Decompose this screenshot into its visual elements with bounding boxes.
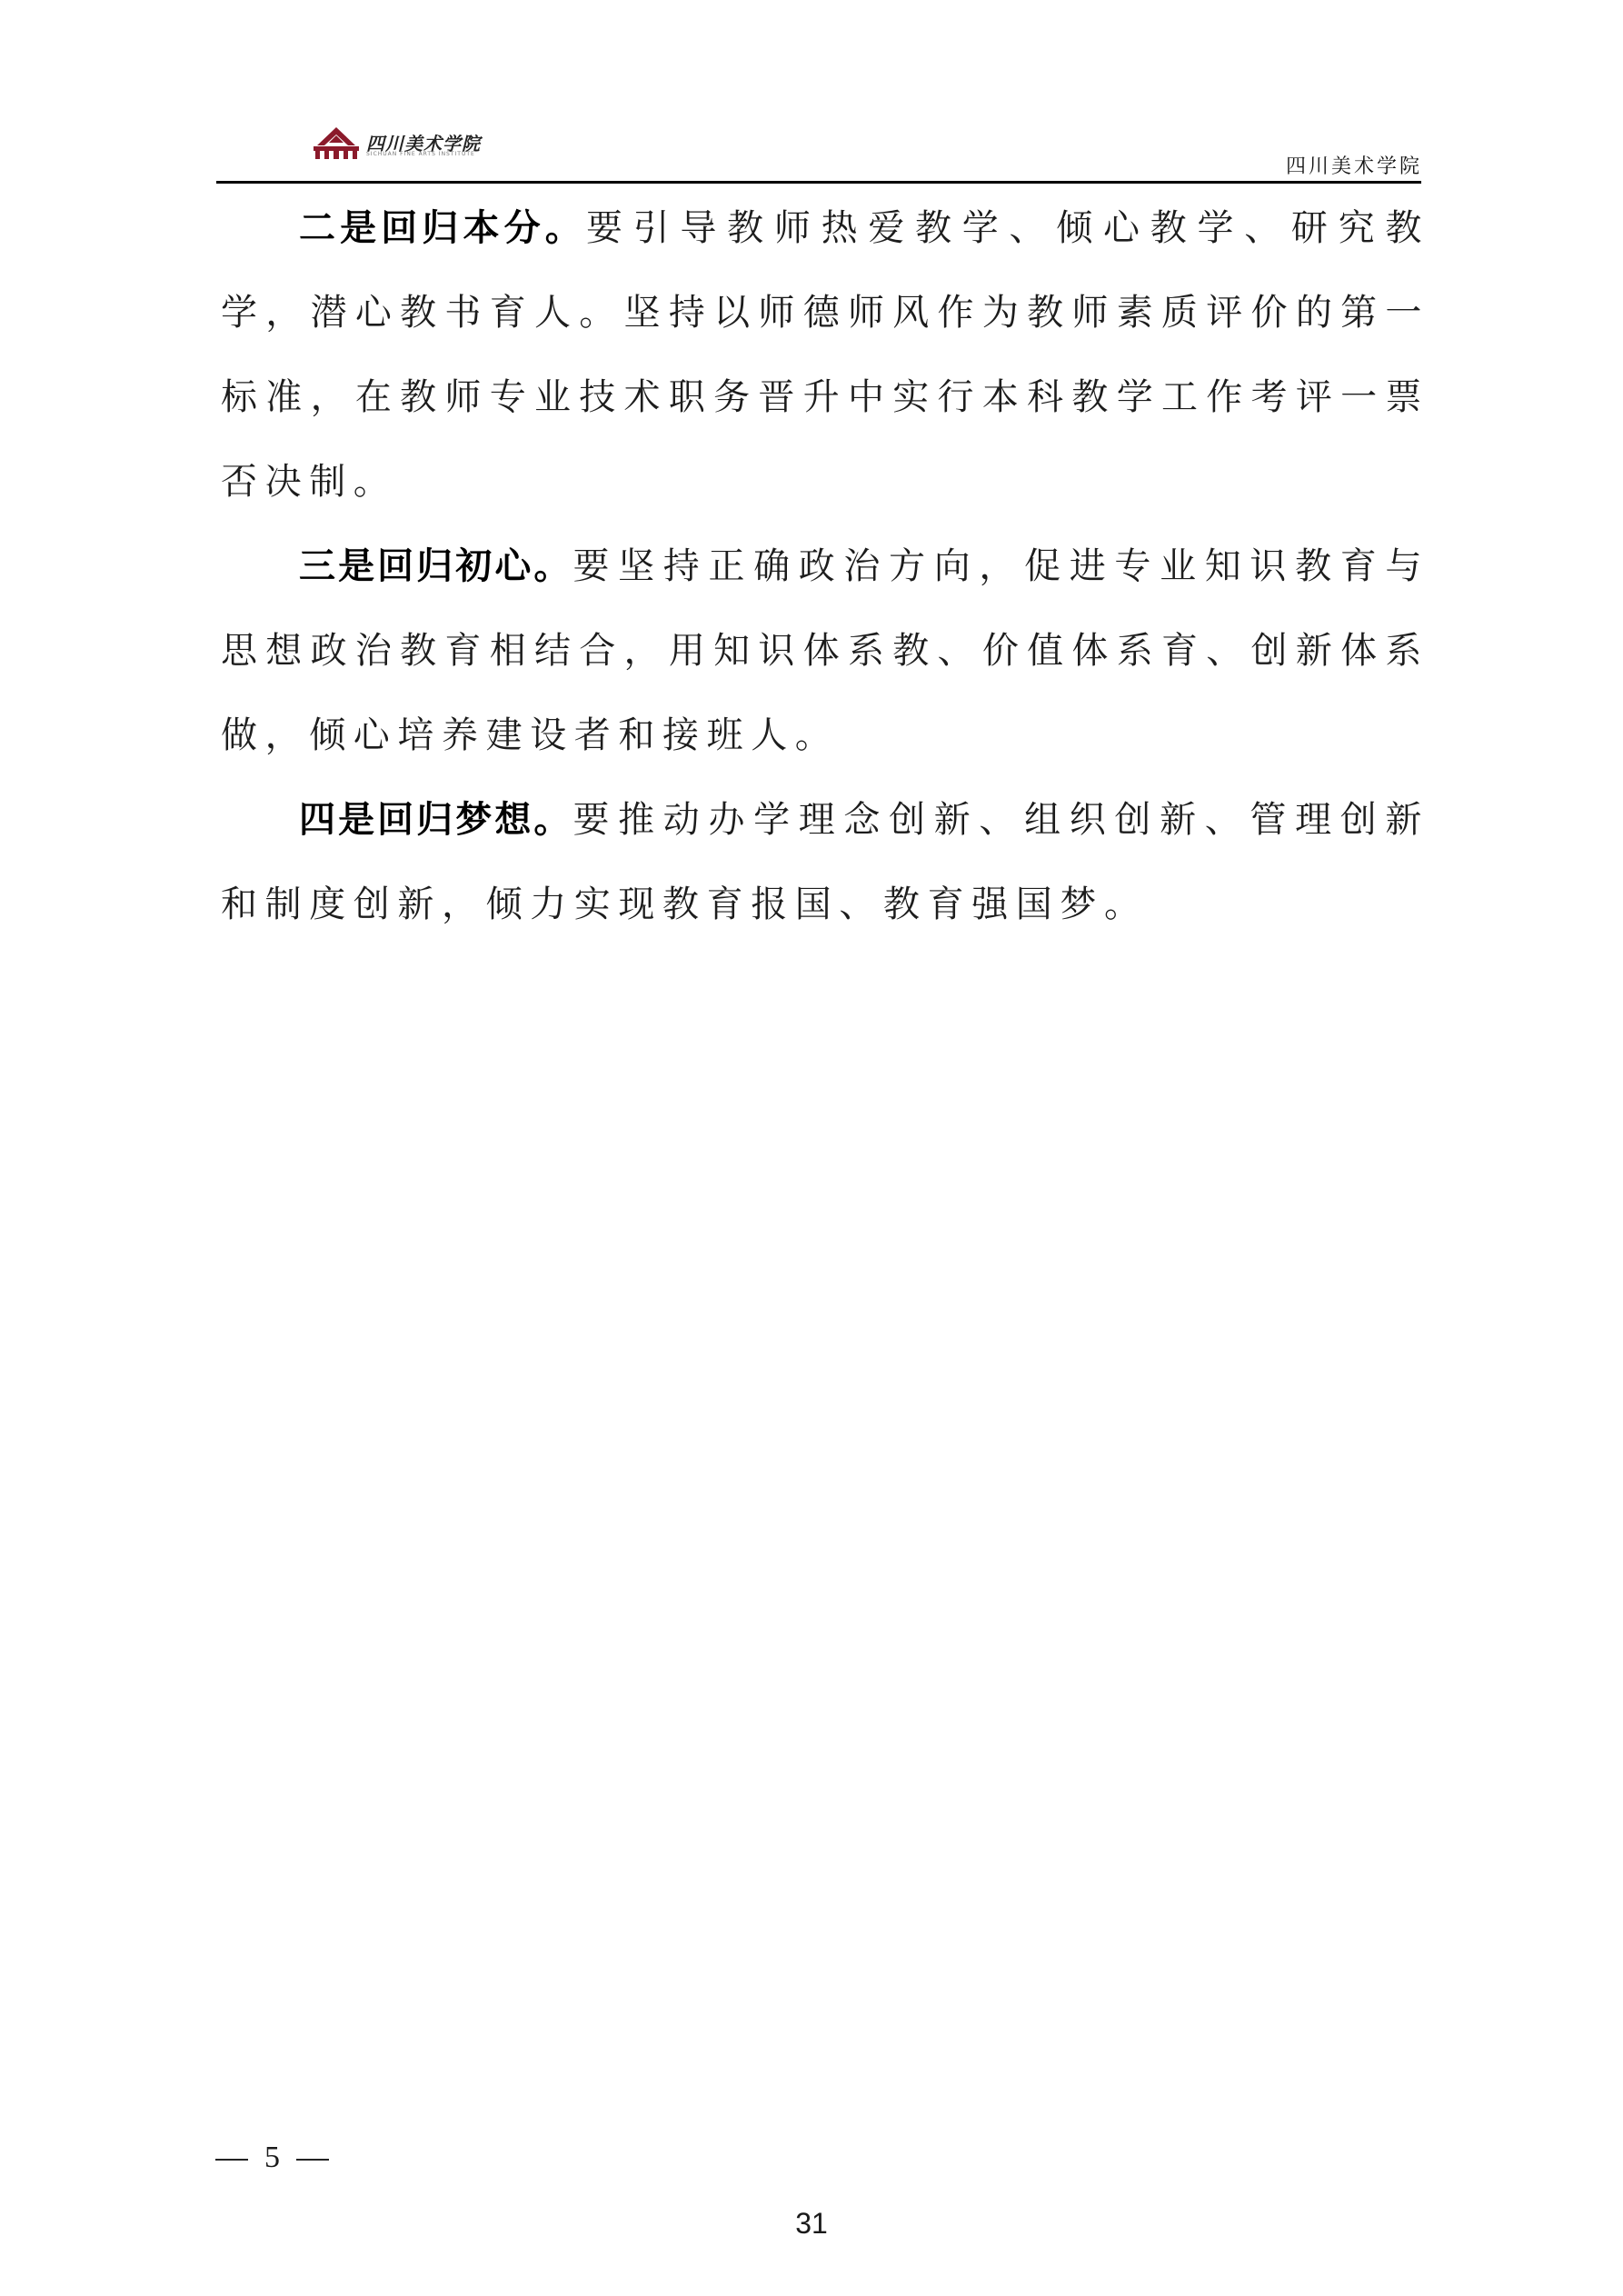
header-title: 四川美术学院 xyxy=(1286,151,1422,179)
paragraph-return-to-original-aspiration: 三是回归初心。要坚持正确政治方向，促进专业知识教育与思想政治教育相结合，用知识体… xyxy=(221,524,1429,778)
paragraph-lead: 三是回归初心。 xyxy=(299,545,573,587)
dash-left xyxy=(215,2159,248,2161)
logo-subtext: SICHUAN FINE ARTS INSTITUTE xyxy=(366,151,475,157)
paragraph-text: 要引导教师热爱教学、倾心教学、研究教学，潜心教书育人。坚持以师德师风作为教师素质… xyxy=(221,207,1429,503)
paragraph-return-to-dream: 四是回归梦想。要推动办学理念创新、组织创新、管理创新和制度创新，倾力实现教育报国… xyxy=(221,778,1429,947)
section-page-marker: 5 xyxy=(215,2141,329,2175)
document-body: 二是回归本分。要引导教师热爱教学、倾心教学、研究教学，潜心教书育人。坚持以师德师… xyxy=(221,186,1429,947)
institute-logo: 四川美术学院 SICHUAN FINE ARTS INSTITUTE xyxy=(312,125,484,164)
paragraph-lead: 二是回归本分。 xyxy=(299,207,586,249)
building-logo-icon xyxy=(312,125,361,160)
paragraph-lead: 四是回归梦想。 xyxy=(299,799,573,841)
section-page-number: 5 xyxy=(264,2141,280,2175)
dash-right xyxy=(296,2159,329,2161)
paragraph-return-to-duty: 二是回归本分。要引导教师热爱教学、倾心教学、研究教学，潜心教书育人。坚持以师德师… xyxy=(221,186,1429,524)
header-divider xyxy=(216,181,1421,184)
page-number: 31 xyxy=(0,2207,1623,2241)
